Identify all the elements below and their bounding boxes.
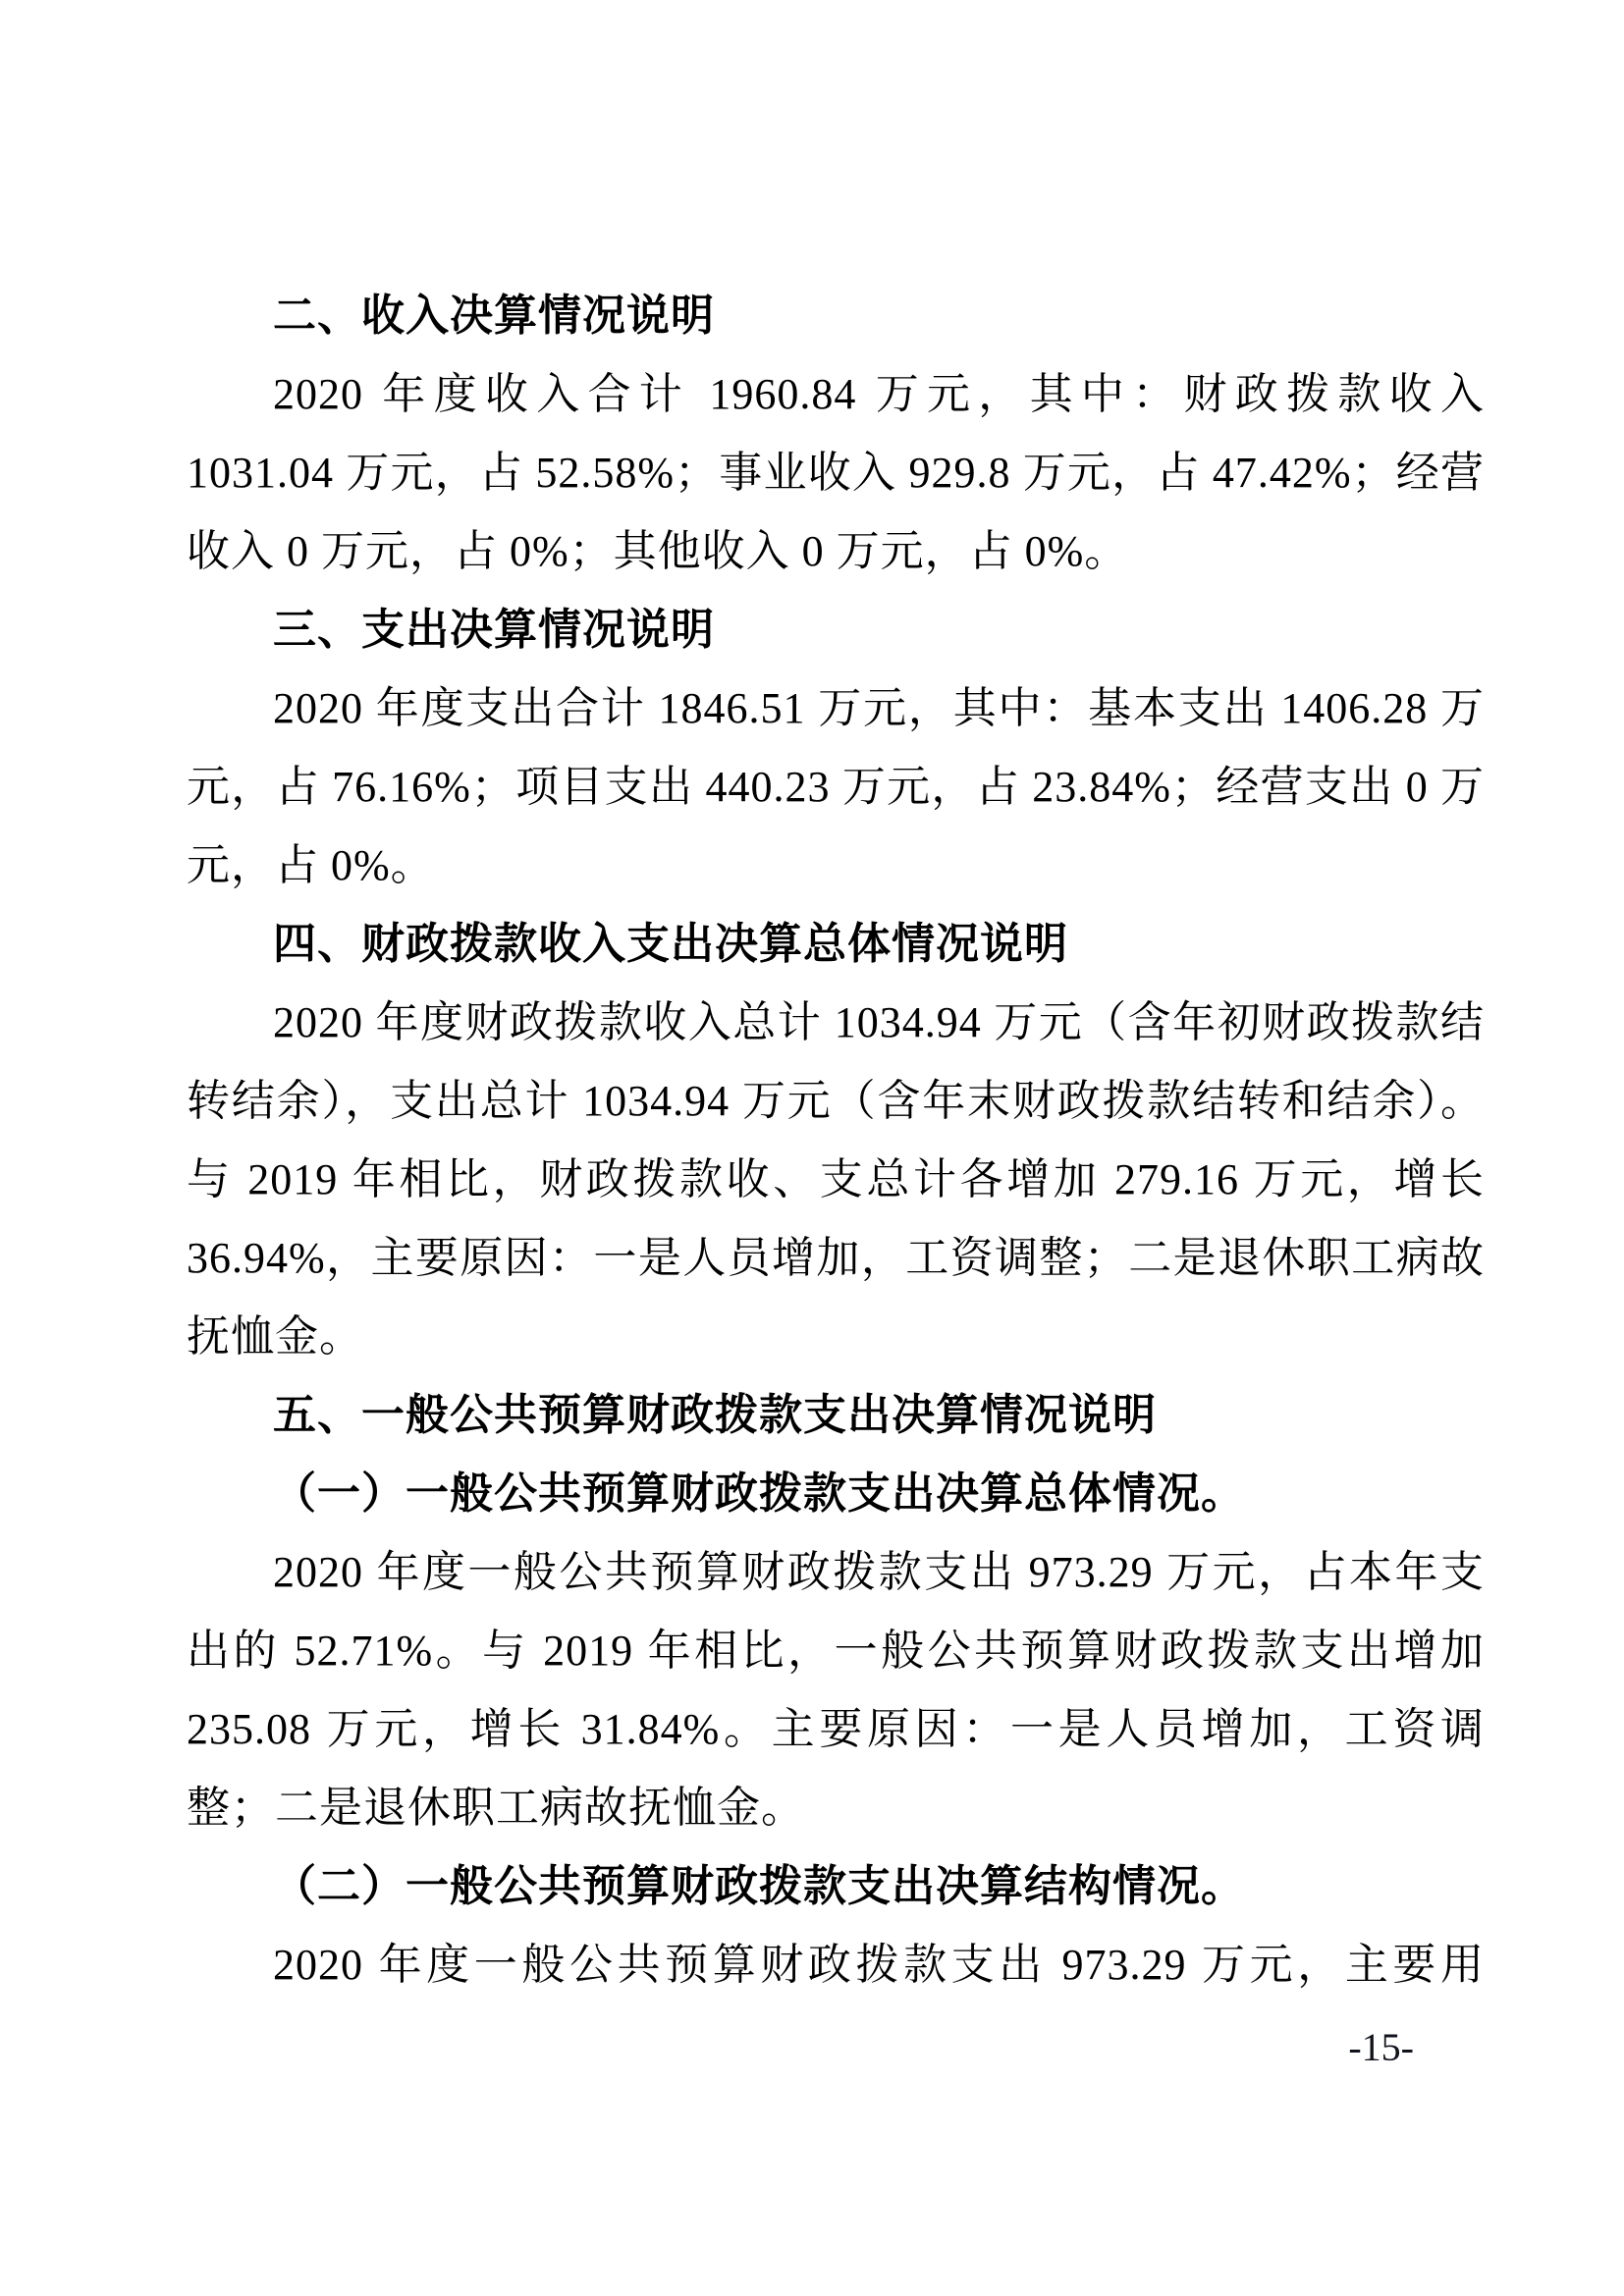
page-number: -15- [1348, 2020, 1414, 2075]
section-heading-income: 二、收入决算情况说明 [187, 277, 1485, 355]
paragraph-fiscal-appropriation-summary: 2020 年度财政拨款收入总计 1034.94 万元（含年初财政拨款结转结余），… [187, 984, 1485, 1376]
section-heading-fiscal-appropriation-overall: 四、财政拨款收入支出决算总体情况说明 [187, 905, 1485, 984]
subsection-heading-general-budget-structure: （二）一般公共预算财政拨款支出决算结构情况。 [187, 1847, 1485, 1926]
subsection-heading-general-budget-overall: （一）一般公共预算财政拨款支出决算总体情况。 [187, 1455, 1485, 1533]
section-heading-expenditure: 三、支出决算情况说明 [187, 591, 1485, 669]
document-page: 二、收入决算情况说明 2020 年度收入合计 1960.84 万元，其中：财政拨… [0, 0, 1624, 2296]
document-content: 二、收入决算情况说明 2020 年度收入合计 1960.84 万元，其中：财政拨… [187, 277, 1485, 2004]
paragraph-general-budget-overall: 2020 年度一般公共预算财政拨款支出 973.29 万元，占本年支出的 52.… [187, 1533, 1485, 1847]
section-heading-general-public-budget: 五、一般公共预算财政拨款支出决算情况说明 [187, 1376, 1485, 1455]
paragraph-income-summary: 2020 年度收入合计 1960.84 万元，其中：财政拨款收入 1031.04… [187, 355, 1485, 591]
paragraph-expenditure-summary: 2020 年度支出合计 1846.51 万元，其中：基本支出 1406.28 万… [187, 669, 1485, 905]
paragraph-general-budget-structure: 2020 年度一般公共预算财政拨款支出 973.29 万元，主要用 [187, 1926, 1485, 2004]
